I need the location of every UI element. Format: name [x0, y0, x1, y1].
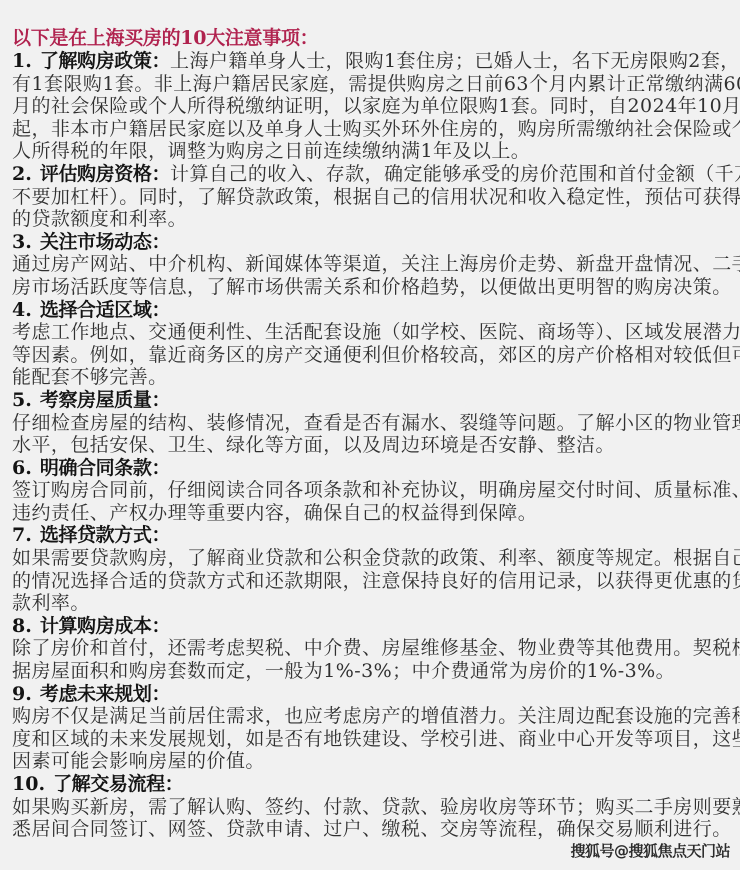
section-text-line: 月的社会保险或个人所得税缴纳证明，以家庭为单位限购1套。同时，自2024年10月…: [12, 95, 730, 118]
section-text-line: 的贷款额度和利率。: [12, 208, 730, 231]
section-heading-line: 6.明确合同条款：: [12, 457, 730, 480]
section-number: 1.: [12, 50, 32, 72]
section-heading-line: 10.了解交易流程：: [12, 773, 730, 796]
section-text-line: 悉居间合同签订、网签、贷款申请、过户、缴税、交房等流程，确保交易顺利进行。: [12, 818, 730, 841]
section-text-line: 水平，包括安保、卫生、绿化等方面，以及周边环境是否安静、整洁。: [12, 434, 730, 457]
section-1: 1.了解购房政策：上海户籍单身人士，限购1套住房；已婚人士，名下无房限购2套，已…: [12, 50, 730, 163]
section-4: 4.选择合适区域： 考虑工作地点、交通便利性、生活配套设施（如学校、医院、商场等…: [12, 299, 730, 389]
section-text-line: 签订购房合同前，仔细阅读合同各项条款和补充协议，明确房屋交付时间、质量标准、: [12, 479, 730, 502]
section-number: 5.: [12, 389, 32, 411]
section-heading-line: 7.选择贷款方式：: [12, 524, 730, 547]
section-text-line: 如果需要贷款购房，了解商业贷款和公积金贷款的政策、利率、额度等规定。根据自己: [12, 547, 730, 570]
section-heading-line: 9.考虑未来规划：: [12, 683, 730, 706]
section-10: 10.了解交易流程： 如果购买新房，需了解认购、签约、付款、贷款、验房收房等环节…: [12, 773, 730, 841]
section-number: 9.: [12, 683, 32, 705]
section-text-line: 通过房产网站、中介机构、新闻媒体等渠道，关注上海房价走势、新盘开盘情况、二手: [12, 253, 730, 276]
section-heading: 了解交易流程：: [53, 773, 183, 795]
section-5: 5.考察房屋质量： 仔细检查房屋的结构、装修情况，查看是否有漏水、裂缝等问题。了…: [12, 389, 730, 457]
section-text-line: 能配套不够完善。: [12, 366, 730, 389]
section-number: 10.: [12, 773, 45, 795]
section-text-line: 有1套限购1套。非上海户籍居民家庭，需提供购房之日前63个月内累计正常缴纳满60…: [12, 73, 730, 96]
section-text-line: 仔细检查房屋的结构、装修情况，查看是否有漏水、裂缝等问题。了解小区的物业管理: [12, 412, 730, 435]
section-heading: 关注市场动态：: [40, 231, 170, 253]
section-heading-line: 3.关注市场动态：: [12, 231, 730, 254]
section-heading: 考虑未来规划：: [40, 683, 170, 705]
section-heading-line: 2.评估购房资格：计算自己的收入、存款，确定能够承受的房价范围和首付金额（千万: [12, 163, 730, 186]
section-8: 8.计算购房成本： 除了房价和首付，还需考虑契税、中介费、房屋维修基金、物业费等…: [12, 615, 730, 683]
section-number: 6.: [12, 457, 32, 479]
section-text-line: 考虑工作地点、交通便利性、生活配套设施（如学校、医院、商场等）、区域发展潜力: [12, 321, 730, 344]
section-text-line: 如果购买新房，需了解认购、签约、付款、贷款、验房收房等环节；购买二手房则要熟: [12, 796, 730, 819]
section-text-line: 起，非本市户籍居民家庭以及单身人士购买外环外住房的，购房所需缴纳社会保险或个: [12, 118, 730, 141]
section-text-line: 因素可能会影响房屋的价值。: [12, 750, 730, 773]
section-heading: 评估购房资格：: [40, 163, 170, 185]
section-text-line: 的情况选择合适的贷款方式和还款期限，注意保持良好的信用记录，以获得更优惠的贷: [12, 570, 730, 593]
section-heading: 计算购房成本：: [40, 615, 170, 637]
section-heading-line: 5.考察房屋质量：: [12, 389, 730, 412]
section-number: 2.: [12, 163, 32, 185]
section-heading-line: 8.计算购房成本：: [12, 615, 730, 638]
section-7: 7.选择贷款方式： 如果需要贷款购房，了解商业贷款和公积金贷款的政策、利率、额度…: [12, 524, 730, 614]
section-text-line: 房市场活跃度等信息，了解市场供需关系和价格趋势，以便做出更明智的购房决策。: [12, 276, 730, 299]
section-text-line: 等因素。例如，靠近商务区的房产交通便利但价格较高，郊区的房产价格相对较低但可: [12, 344, 730, 367]
section-heading: 了解购房政策：: [40, 50, 170, 72]
section-9: 9.考虑未来规划： 购房不仅是满足当前居住需求，也应考虑房产的增值潜力。关注周边…: [12, 683, 730, 773]
section-text-line: 除了房价和首付，还需考虑契税、中介费、房屋维修基金、物业费等其他费用。契税根: [12, 637, 730, 660]
section-text: 上海户籍单身人士，限购1套住房；已婚人士，名下无房限购2套，已: [170, 50, 740, 72]
sohu-watermark: 搜狐号@搜狐焦点天门站: [570, 840, 730, 861]
section-number: 7.: [12, 524, 32, 546]
section-heading: 选择合适区域：: [40, 299, 170, 321]
section-text-line: 购房不仅是满足当前居住需求，也应考虑房产的增值潜力。关注周边配套设施的完善程: [12, 705, 730, 728]
section-number: 4.: [12, 299, 32, 321]
section-heading: 考察房屋质量：: [40, 389, 170, 411]
section-heading-line: 4.选择合适区域：: [12, 299, 730, 322]
section-text-line: 度和区域的未来发展规划，如是否有地铁建设、学校引进、商业中心开发等项目，这些: [12, 728, 730, 751]
section-heading-line: 1.了解购房政策：上海户籍单身人士，限购1套住房；已婚人士，名下无房限购2套，已: [12, 50, 730, 73]
section-heading: 选择贷款方式：: [40, 524, 170, 546]
section-text-line: 不要加杠杆）。同时，了解贷款政策，根据自己的信用状况和收入稳定性，预估可获得: [12, 186, 730, 209]
section-text-line: 违约责任、产权办理等重要内容，确保自己的权益得到保障。: [12, 502, 730, 525]
article-body: 以下是在上海买房的10大注意事项： 1.了解购房政策：上海户籍单身人士，限购1套…: [12, 27, 730, 841]
section-text-line: 人所得税的年限，调整为购房之日前连续缴纳满1年及以上。: [12, 140, 730, 163]
section-heading: 明确合同条款：: [40, 457, 170, 479]
article-title: 以下是在上海买房的10大注意事项：: [12, 27, 730, 50]
section-text: 计算自己的收入、存款，确定能够承受的房价范围和首付金额（千万: [170, 163, 740, 185]
section-2: 2.评估购房资格：计算自己的收入、存款，确定能够承受的房价范围和首付金额（千万 …: [12, 163, 730, 231]
section-number: 3.: [12, 231, 32, 253]
section-3: 3.关注市场动态： 通过房产网站、中介机构、新闻媒体等渠道，关注上海房价走势、新…: [12, 231, 730, 299]
section-number: 8.: [12, 615, 32, 637]
section-text-line: 款利率。: [12, 592, 730, 615]
section-text-line: 据房屋面积和购房套数而定，一般为1%-3%；中介费通常为房价的1%-3%。: [12, 660, 730, 683]
section-6: 6.明确合同条款： 签订购房合同前，仔细阅读合同各项条款和补充协议，明确房屋交付…: [12, 457, 730, 525]
